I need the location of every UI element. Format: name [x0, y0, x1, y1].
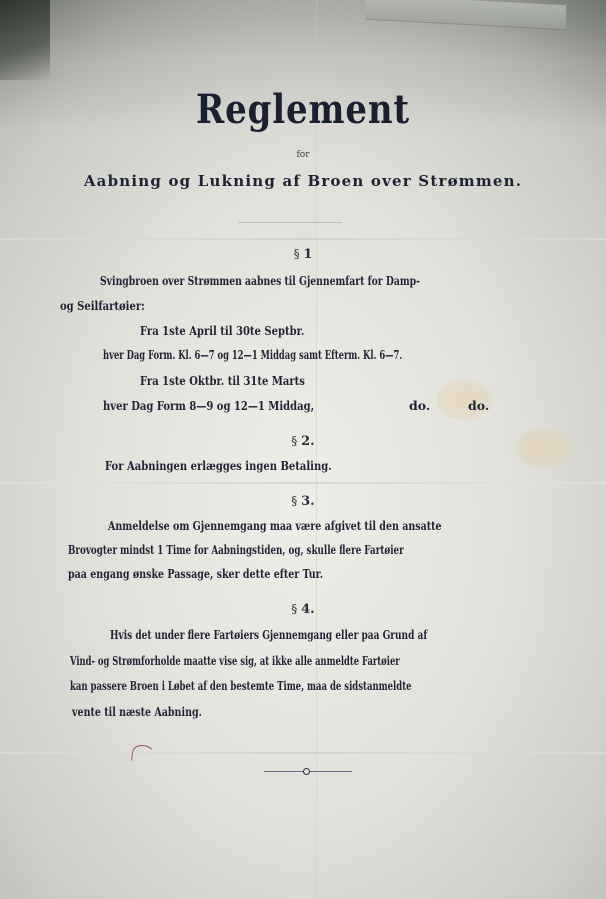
pen-mark — [131, 744, 155, 764]
section-heading-3: § 3. — [0, 494, 606, 509]
section-1-line-2: og Seilfartøier: — [60, 298, 145, 313]
section-3-line-1: Anmeldelse om Gjennemgang maa være afgiv… — [108, 518, 442, 533]
section-symbol: § — [291, 494, 297, 508]
header-rule — [238, 222, 342, 223]
section-3-line-3: paa engang ønske Passage, sker dette eft… — [68, 566, 323, 581]
document-text: Reglement for Aabning og Lukning af Broe… — [0, 0, 606, 899]
photo-scene: Reglement for Aabning og Lukning af Broe… — [0, 0, 606, 899]
end-ornament-circle-icon — [303, 768, 310, 775]
section-4-line-3: kan passere Broen i Løbet af den bestemt… — [70, 678, 412, 693]
section-symbol: § — [294, 247, 300, 261]
section-1-line-1: Svingbroen over Strømmen aabnes til Gjen… — [100, 273, 420, 288]
section-heading-2: § 2. — [0, 434, 606, 449]
section-heading-1: § 1 — [0, 247, 606, 262]
ditto-mark: do. — [468, 398, 489, 413]
document-subtitle: Aabning og Lukning af Broen over Strømme… — [0, 172, 606, 190]
section-number: 4. — [301, 602, 315, 617]
for-word: for — [0, 150, 606, 160]
section-1-line-4: hver Dag Form. Kl. 6—7 og 12—1 Middag sa… — [103, 347, 402, 362]
section-3-line-2: Brovogter mindst 1 Time for Aabningstide… — [68, 542, 404, 557]
section-1-line-3: Fra 1ste April til 30te Septbr. — [140, 323, 304, 338]
section-symbol: § — [291, 434, 297, 448]
section-heading-4: § 4. — [0, 602, 606, 617]
document-title: Reglement — [45, 86, 560, 133]
section-4-line-4: vente til næste Aabning. — [72, 704, 202, 719]
section-number: 1 — [303, 247, 312, 262]
ditto-mark: do. — [409, 398, 430, 413]
section-4-line-2: Vind- og Strømforholde maatte vise sig, … — [70, 653, 400, 668]
section-2-line-1: For Aabningen erlægges ingen Betaling. — [105, 458, 332, 473]
section-1-line-6: hver Dag Form 8—9 og 12—1 Middag, — [103, 398, 314, 413]
section-symbol: § — [291, 602, 297, 616]
section-4-line-1: Hvis det under flere Fartøiers Gjennemga… — [110, 627, 427, 642]
section-number: 3. — [301, 494, 315, 509]
section-number: 2. — [301, 434, 315, 449]
section-1-line-5: Fra 1ste Oktbr. til 31te Marts — [140, 373, 305, 388]
